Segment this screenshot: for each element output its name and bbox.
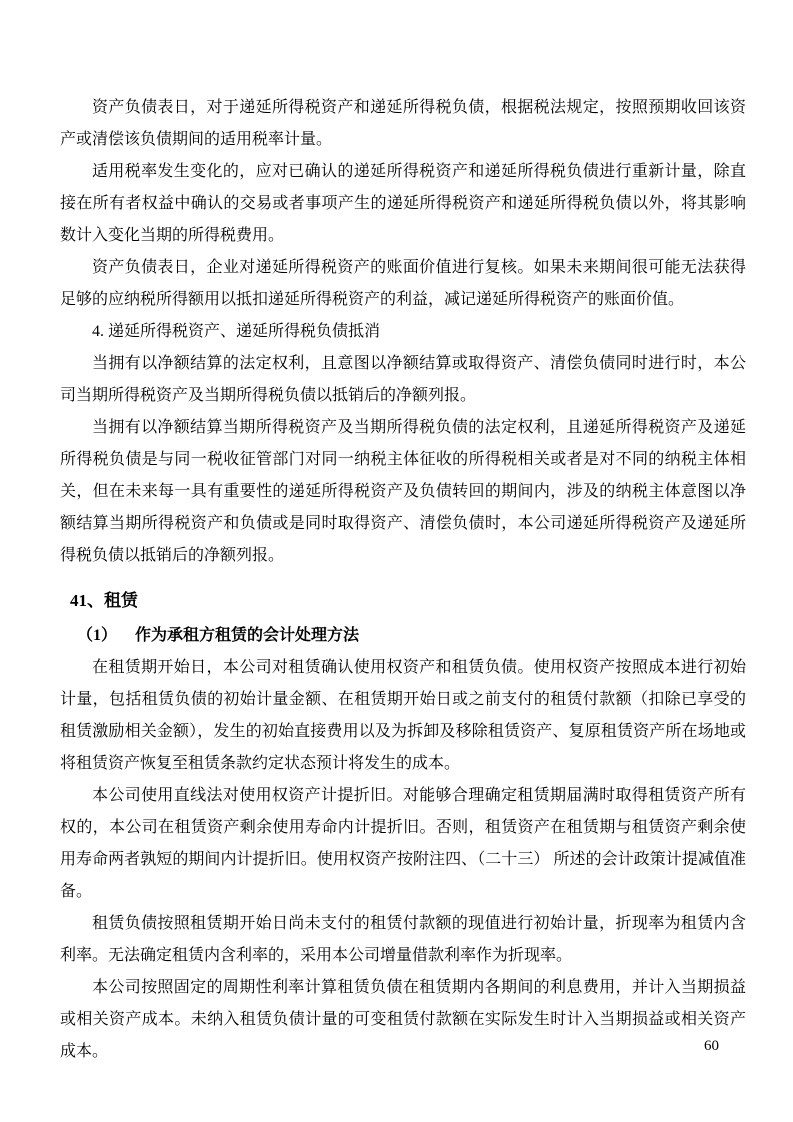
paragraph-lease-interest-expense: 本公司按照固定的周期性利率计算租赁负债在租赁期内各期间的利息费用，并计入当期损益… bbox=[60, 972, 746, 1068]
page-content: 资产负债表日，对于递延所得税资产和递延所得税负债，根据税法规定，按照预期收回该资… bbox=[60, 92, 746, 1068]
list-item-offset-title: 4. 递延所得税资产、递延所得税负债抵消 bbox=[60, 316, 746, 348]
document-page: 资产负债表日，对于递延所得税资产和递延所得税负债，根据税法规定，按照预期收回该资… bbox=[0, 0, 793, 1122]
page-number: 60 bbox=[704, 1038, 719, 1055]
subsection-number: （1） bbox=[77, 627, 117, 644]
subsection-heading-lessee-accounting: （1） 作为承租方租赁的会计处理方法 bbox=[77, 620, 746, 652]
paragraph-current-tax-offset: 当拥有以净额结算的法定权利，且意图以净额结算或取得资产、清偿负债同时进行时，本公… bbox=[60, 348, 746, 412]
paragraph-deferred-tax-measurement: 资产负债表日，对于递延所得税资产和递延所得税负债，根据税法规定，按照预期收回该资… bbox=[60, 92, 746, 156]
section-heading-leases: 41、租赁 bbox=[70, 585, 746, 617]
subsection-title: 作为承租方租赁的会计处理方法 bbox=[135, 627, 359, 644]
paragraph-rou-asset-depreciation: 本公司使用直线法对使用权资产计提折旧。对能够合理确定租赁期届满时取得租赁资产所有… bbox=[60, 780, 746, 908]
paragraph-deferred-tax-offset: 当拥有以净额结算当期所得税资产及当期所得税负债的法定权利，且递延所得税资产及递延… bbox=[60, 412, 746, 572]
paragraph-lease-liability-measurement: 租赁负债按照租赁期开始日尚未支付的租赁付款额的现值进行初始计量，折现率为租赁内含… bbox=[60, 908, 746, 972]
paragraph-tax-rate-change: 适用税率发生变化的，应对已确认的递延所得税资产和递延所得税负债进行重新计量，除直… bbox=[60, 156, 746, 252]
paragraph-carrying-amount-review: 资产负债表日，企业对递延所得税资产的账面价值进行复核。如果未来期间很可能无法获得… bbox=[60, 252, 746, 316]
paragraph-lease-initial-measurement: 在租赁期开始日，本公司对租赁确认使用权资产和租赁负债。使用权资产按照成本进行初始… bbox=[60, 652, 746, 780]
